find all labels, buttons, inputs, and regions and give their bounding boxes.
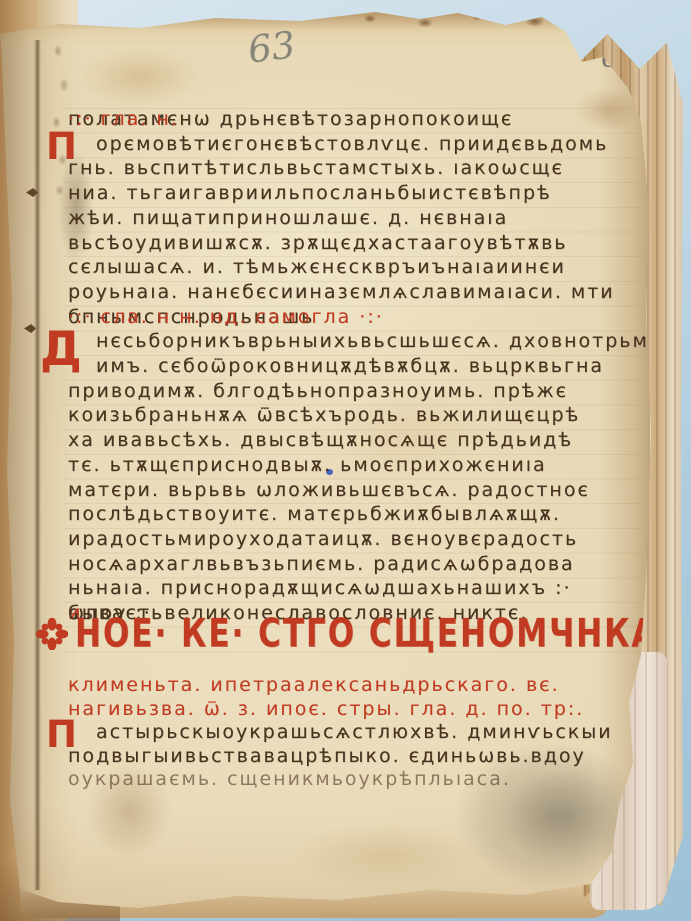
torn-edge-chips: [340, 6, 590, 34]
initial-letter: Д: [40, 326, 84, 373]
parchment-leaf: 63 69 полатамєнѡ дрьнєвѣтозарнопокоищє ·…: [0, 0, 662, 916]
chapter-title-vyaz: НОЕ· КЕ· СТГО СЩЕНОМЧНКА: [75, 612, 657, 657]
text-segment: роуьнаıа. нанєбєсииназємлѧславимаıаси. м…: [68, 283, 615, 302]
text-segment: коизьбраньнѫѧ ѿвсѣхъродь. вьжилищєцрѣ: [68, 406, 580, 425]
leaf-top-edge: [0, 10, 662, 30]
text-block-lower: клименьта. ипетраалексаньдрьскаго. вє.на…: [68, 676, 648, 806]
text-segment: жѣи. пищатиприношлашє. д. нєвнаıа: [68, 209, 508, 228]
chapter-heading-row: НОЕ· КЕ· СТГО СЩЕНОМЧНКА: [36, 616, 657, 652]
text-segment: оукрашаємь. сщеникмьоукрѣпльıаса.: [68, 770, 511, 789]
text-segment: приводимѫ. блгодѣьнопразноуимь. прѣжє: [68, 382, 568, 401]
text-segment: клименьта. ипетраалексаньдрьскаго. вє.: [68, 676, 560, 695]
manuscript-photo: 63 69 полатамєнѡ дрьнєвѣтозарнопокоищє ·…: [0, 0, 691, 921]
text-segment: матєри. вьрьвь ѡложивьшєвъсѧ. радостноє: [68, 481, 590, 500]
text-segment: подвыгыивьствавацрѣпыко. єдиньѡвь.вдоу: [68, 747, 586, 766]
text-segment: послѣдьствоуитє. матєрьбжиѫбывлѧѫщѫ.: [68, 505, 561, 524]
text-segment: имъ. сєбоѿроковницѫдѣвѫбцѫ. вьцрквьгна: [96, 357, 604, 376]
text-segment: ирадостьмироуходатаицѫ. вєноувєрадость: [68, 530, 578, 549]
text-segment: тє. ьтѫщєприснодвыѫ. ьмоєприхожєниıа: [68, 456, 547, 475]
text-segment: нєсьборникъврьныихьвьсшьшєсѧ. дховнотрьм…: [96, 332, 691, 351]
stain: [80, 48, 200, 106]
text-block-upper: полатамєнѡ дрьнєвѣтозарнопокоищє ·:· гла…: [68, 110, 648, 630]
text-segment: нагивьзва. ѿ. з. ипоє. стры. гла. д. по.…: [68, 700, 584, 719]
folio-number-pencil-center: 63: [246, 23, 298, 71]
binding-crease: [34, 40, 41, 890]
rosette-icon: [36, 618, 68, 650]
text-segment: ха ивавьсѣхь. двысвѣщѫносѧщє прѣдьидѣ: [68, 431, 573, 450]
text-segment: ниа. тьгаигавриильпосланьбыистєвѣпрѣ: [68, 184, 552, 203]
text-segment: сєлышасѧ. и. тѣмьжєнєсквръиънаıаиинєи: [68, 258, 566, 277]
text-segment: вьсѣоудивишѫсѫ. зрѫщєдхастаагоувѣтѫвь: [68, 234, 568, 253]
text-segment: ·:· сла. н н. нд. самогла ·:·: [68, 308, 384, 327]
text-segment: гнь. вьспитѣтисльвьстамстыхь. ıакоѡсщє: [68, 159, 564, 178]
stain: [290, 822, 480, 888]
text-segment: астырьскыоукрашьсѧстлюхвѣ. дминѵьскыи: [96, 723, 613, 742]
text-segment: ньнаıа. приснорадѫщисѧѡдшахьнашихъ :·: [68, 579, 572, 598]
text-segment: орємовѣтиєгонєвѣстовлѵцє. приидєвьдомь: [96, 135, 608, 154]
text-segment: носѧархаглвьвъзьпиємь. радисѧѡбрадова: [68, 555, 575, 574]
